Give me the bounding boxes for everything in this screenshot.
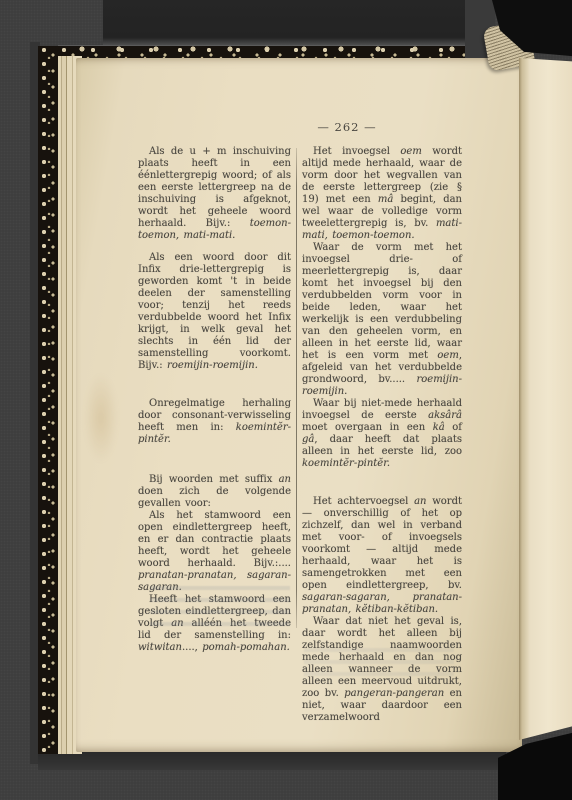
column-divider-rule [296, 148, 297, 628]
paragraph: Als een woord door dit Infix drie-letter… [138, 252, 291, 372]
paragraph: Heeft het stamwoord een gesloten eindlet… [138, 594, 291, 654]
book-page-left: — 262 — Als de u + m inschuiving plaats … [76, 58, 522, 752]
paper-stain [84, 373, 118, 463]
paragraph: Als de u + m inschuiving plaats heeft in… [138, 146, 291, 242]
paragraph: Waar bij niet-mede herhaald invoegsel de… [302, 398, 462, 470]
book-page-right [519, 58, 572, 740]
paragraph: Het achtervoegsel an wordt — onverschill… [302, 496, 462, 616]
paragraph: Waar de vorm met het invoegsel drie- of … [302, 242, 462, 398]
book-cover-top-edge [103, 0, 465, 47]
paragraph: Als het stamwoord een open eindlettergre… [138, 510, 291, 594]
book-scan-photo: — 262 — Als de u + m inschuiving plaats … [0, 0, 572, 800]
paragraph: Waar dat niet het geval is, daar wordt h… [302, 616, 462, 724]
paragraph: Het invoegsel oem wordt altijd mede herh… [302, 146, 462, 242]
marbled-cover-edge-left [38, 46, 58, 754]
text-column-left: Als de u + m inschuiving plaats heeft in… [138, 146, 291, 654]
paragraph: Bij woorden met suffix an doen zich de v… [138, 474, 291, 510]
text-column-right: Het invoegsel oem wordt altijd mede herh… [302, 146, 462, 724]
page-number: — 262 — [156, 120, 538, 134]
paragraph: Onregelmatige herhaling door consonant-v… [138, 398, 291, 446]
